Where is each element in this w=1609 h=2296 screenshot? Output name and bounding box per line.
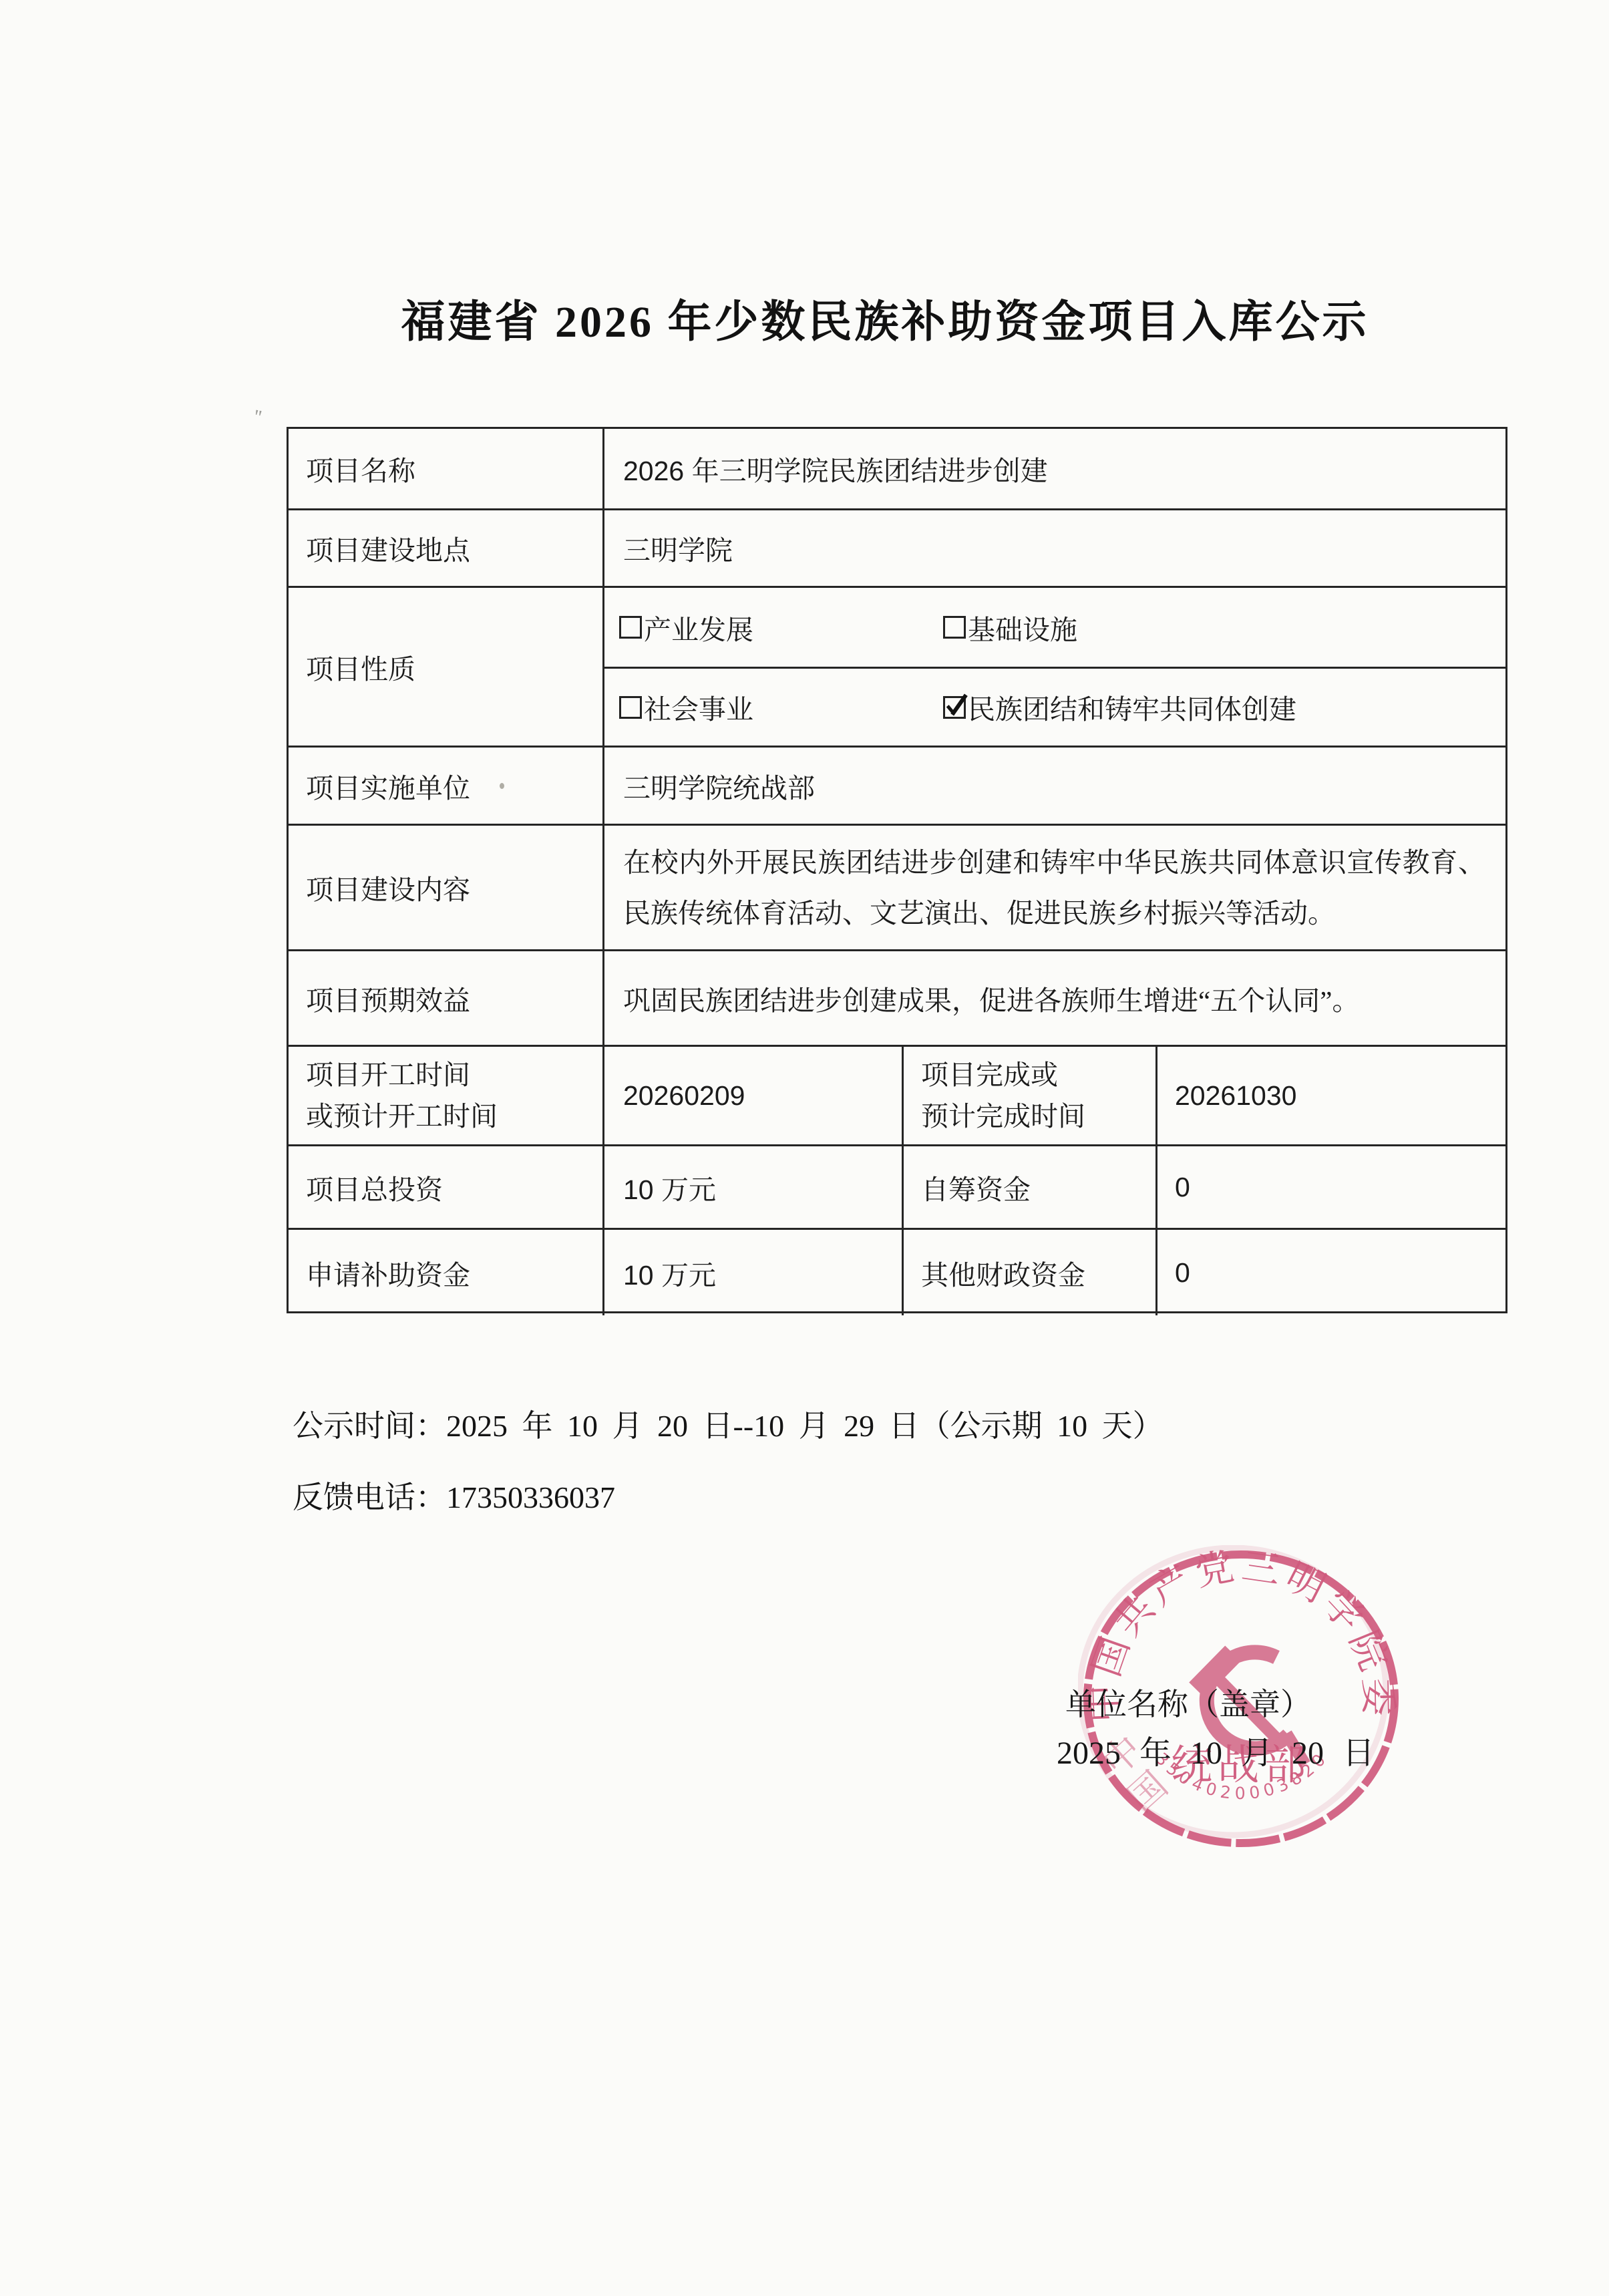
label-line: 或预计开工时间 (306, 1096, 498, 1137)
option-infrastructure: 基础设施 (943, 608, 1077, 647)
unit-name-seal-label: 单位名称（盖章） (1065, 1680, 1311, 1724)
checkbox-unchecked-icon (943, 616, 966, 639)
option-social: 社会事业 (619, 687, 943, 727)
nature-options-bottom: 社会事业 民族团结和铸牢共同体创建 (604, 667, 1505, 746)
signature-date: 2025 年 10 月 20 日 (1057, 1727, 1375, 1773)
row-label: 项目总投资 (289, 1146, 604, 1228)
row-label: 项目建设内容 (289, 826, 604, 949)
start-date-value: 20260209 (604, 1047, 904, 1144)
option-ethnic-unity: 民族团结和铸牢共同体创建 (943, 687, 1296, 727)
label-line: 预计完成时间 (921, 1096, 1085, 1137)
row-label-self-funds: 自筹资金 (904, 1146, 1157, 1228)
row-label: 项目性质 (289, 588, 604, 746)
row-label: 申请补助资金 (289, 1230, 604, 1315)
option-label: 民族团结和铸牢共同体创建 (968, 687, 1296, 727)
feedback-phone-line: 反馈电话：17350336037 (293, 1473, 615, 1517)
row-value: 在校内外开展民族团结进步创建和铸牢中华民族共同体意识宣传教育、民族传统体育活动、… (604, 826, 1505, 949)
row-label: 项目名称 (289, 429, 604, 508)
label-line: 项目完成或 (921, 1054, 1058, 1096)
row-label: 项目实施单位 (289, 748, 604, 824)
checkbox-unchecked-icon (619, 616, 642, 639)
checkbox-checked-icon (943, 696, 966, 719)
finish-date-value: 20261030 (1157, 1047, 1505, 1144)
checkbox-unchecked-icon (619, 696, 642, 719)
publicity-period-line: 公示时间：2025 年 10 月 20 日--10 月 29 日（公示期 10 … (293, 1402, 1164, 1446)
scanned-document-page: 福建省 2026 年少数民族补助资金项目入库公示 '' 项目名称 2026 年三… (0, 0, 1609, 2296)
row-value: 2026 年三明学院民族团结进步创建 (604, 429, 1505, 508)
option-label: 基础设施 (968, 608, 1077, 647)
self-funds-value: 0 (1157, 1146, 1505, 1228)
row-value: 三明学院 (604, 510, 1505, 586)
other-funds-value: 0 (1157, 1230, 1505, 1315)
nature-options-area: 产业发展 基础设施 社会事业 民族团结和铸牢共同体创建 (604, 588, 1505, 746)
row-value: 巩固民族团结进步创建成果，促进各族师生增进“五个认同”。 (604, 951, 1505, 1045)
total-investment-value: 10 万元 (604, 1146, 904, 1228)
table-row: 项目实施单位 三明学院统战部 (289, 746, 1505, 824)
row-value: 三明学院统战部 (604, 748, 1505, 824)
label-line: 项目开工时间 (306, 1054, 470, 1096)
table-row-investment: 项目总投资 10 万元 自筹资金 0 (289, 1144, 1505, 1228)
subsidy-request-value: 10 万元 (604, 1230, 904, 1315)
nature-options-top: 产业发展 基础设施 (604, 588, 1505, 667)
table-row: 项目预期效益 巩固民族团结进步创建成果，促进各族师生增进“五个认同”。 (289, 949, 1505, 1045)
option-industry: 产业发展 (619, 608, 943, 647)
option-label: 产业发展 (644, 608, 753, 647)
row-label: 项目预期效益 (289, 951, 604, 1045)
row-label-finish-time: 项目完成或 预计完成时间 (904, 1047, 1157, 1144)
option-label: 社会事业 (644, 687, 753, 727)
page-title: 福建省 2026 年少数民族补助资金项目入库公示 (364, 286, 1406, 349)
table-row-project-nature: 项目性质 产业发展 基础设施 社会事业 (289, 586, 1505, 746)
table-row: 项目建设内容 在校内外开展民族团结进步创建和铸牢中华民族共同体意识宣传教育、民族… (289, 824, 1505, 949)
row-label: 项目建设地点 (289, 510, 604, 586)
table-row: 项目名称 2026 年三明学院民族团结进步创建 (289, 429, 1505, 508)
table-row: 项目建设地点 三明学院 (289, 508, 1505, 586)
table-row-dates: 项目开工时间 或预计开工时间 20260209 项目完成或 预计完成时间 202… (289, 1045, 1505, 1144)
table-row-subsidy: 申请补助资金 10 万元 其他财政资金 0 (289, 1228, 1505, 1315)
project-info-table: 项目名称 2026 年三明学院民族团结进步创建 项目建设地点 三明学院 项目性质… (287, 427, 1507, 1313)
scan-artifact-tick: '' (252, 405, 264, 430)
row-label-start-time: 项目开工时间 或预计开工时间 (289, 1047, 604, 1144)
row-label-other-funds: 其他财政资金 (904, 1230, 1157, 1315)
